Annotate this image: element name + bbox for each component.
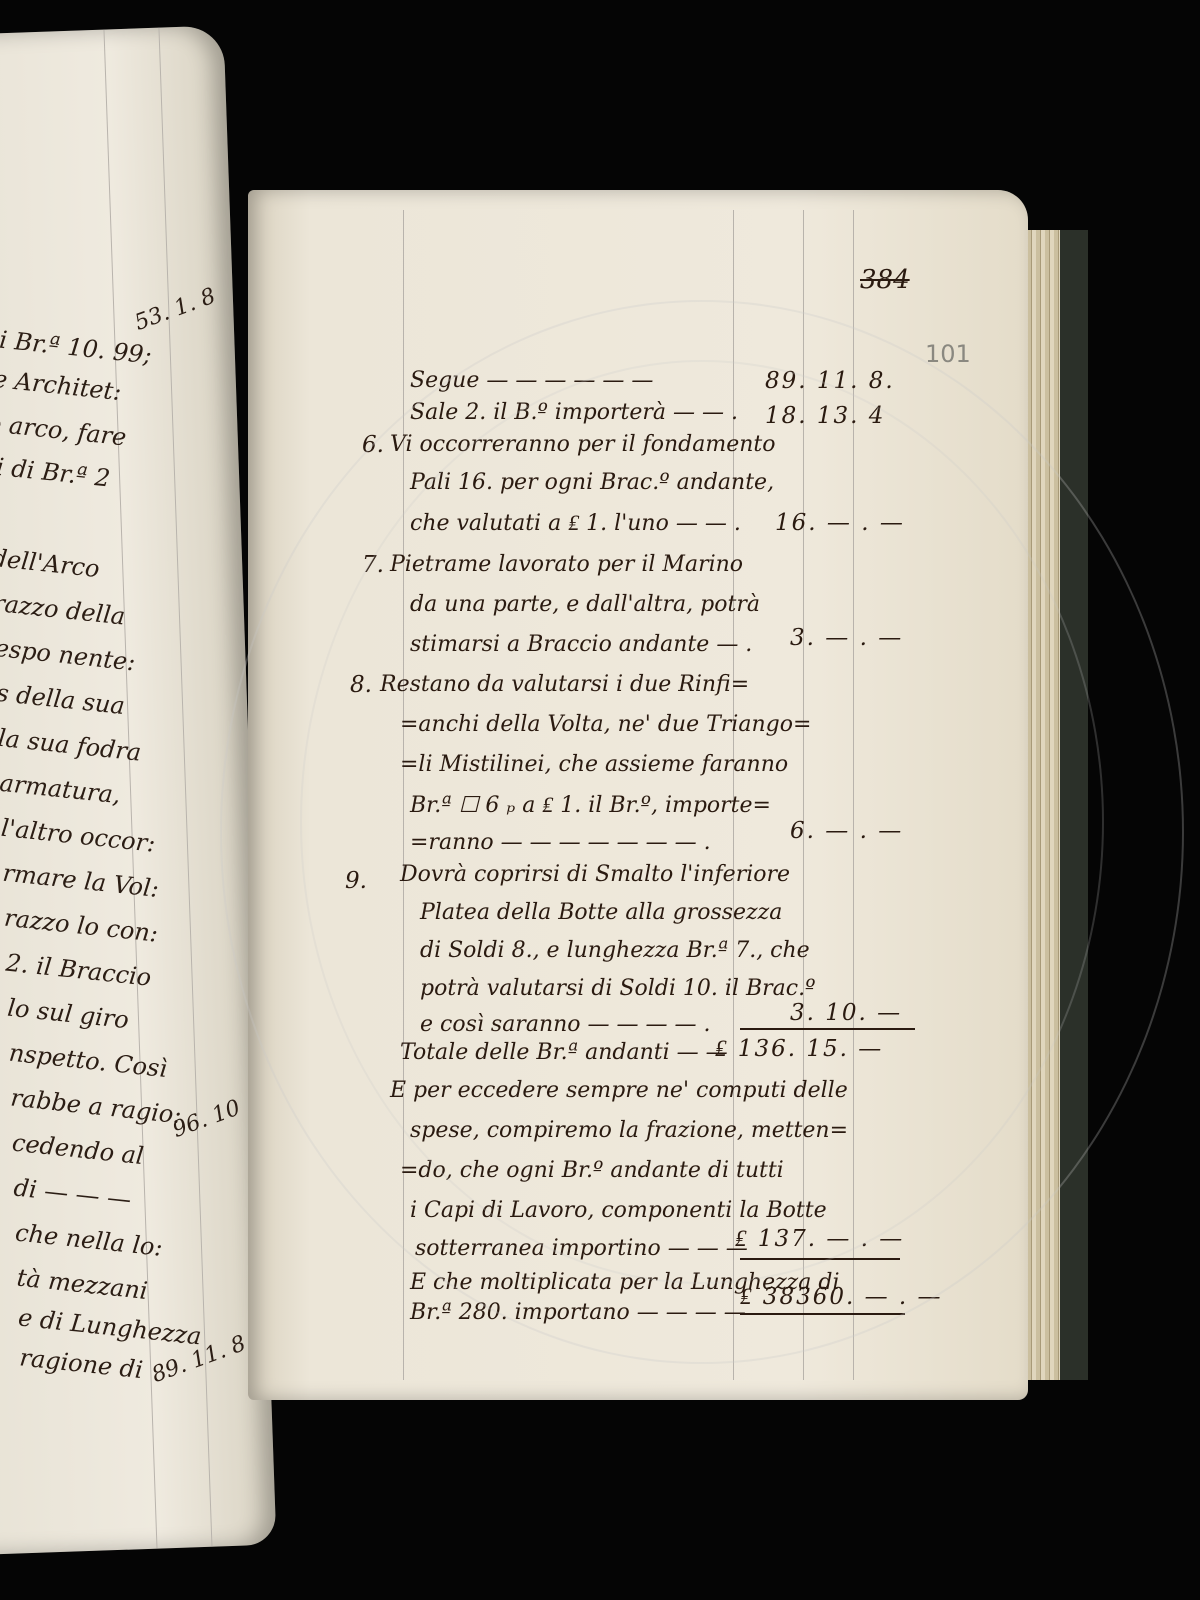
left-page: 53. 1. 8 di Br.ª 10. 99; le Architet: o … <box>0 25 276 1554</box>
left-text-line: razzo lo con: <box>3 904 159 948</box>
left-text-line: rmare la Vol: <box>1 859 160 903</box>
left-text-line: o arco, fare <box>0 409 128 451</box>
closing-text: spese, compiremo la frazione, metten= <box>410 1118 848 1143</box>
entry-text: Sale 2. il B.º importerà — — . <box>410 400 738 425</box>
final-text: Br.ª 280. importano — — — — <box>410 1300 746 1325</box>
entry-text: =anchi della Volta, ne' due Triango= <box>400 712 811 737</box>
folio-number-old: 384 <box>860 265 910 295</box>
ruling-line <box>403 210 404 1380</box>
entry-text: Pietrame lavorato per il Marino <box>390 552 743 577</box>
item-number: 7. <box>362 552 384 578</box>
entry-amount: 3. — . — <box>790 625 903 651</box>
entry-text: e così saranno — — — — . <box>420 1012 710 1037</box>
left-text-line: nspetto. Così <box>8 1039 169 1083</box>
entry-text: di Soldi 8., e lunghezza Br.ª 7., che <box>420 938 810 963</box>
entry-text: da una parte, e dall'altra, potrà <box>410 592 760 617</box>
sum-rule <box>740 1313 905 1315</box>
book-cover <box>1060 230 1088 1380</box>
total-label: Totale delle Br.ª andanti — — <box>400 1040 728 1065</box>
left-text-line: che nella lo: <box>14 1218 164 1261</box>
left-text-line: s della sua <box>0 679 126 720</box>
left-text-line: razzo della <box>0 589 127 631</box>
left-text-line: espo nente: <box>0 634 137 677</box>
closing-text: E per eccedere sempre ne' computi delle <box>390 1078 848 1103</box>
entry-amount: 6. — . — <box>790 818 903 844</box>
left-text-line: li di Br.ª 2 <box>0 452 111 493</box>
rounded-amount: ₤ 137. — . — <box>735 1226 904 1252</box>
entry-text: che valutati a ₤ 1. l'uno — — . <box>410 510 741 536</box>
left-text-line: dell'Arco <box>0 544 101 583</box>
entry-text: Dovrà coprirsi di Smalto l'inferiore <box>400 862 790 887</box>
item-number: 6. <box>362 432 384 458</box>
left-text-line: tà mezzani <box>15 1263 148 1305</box>
entry-text: Br.ª ☐ 6 ₚ a ₤ 1. il Br.º, importe= <box>410 792 771 818</box>
left-text-line: ragione di <box>18 1343 144 1384</box>
closing-text: =do, che ogni Br.º andante di tutti <box>400 1158 784 1183</box>
entry-amount: 89. 11. 8. <box>765 368 895 394</box>
left-text-line: 2. il Braccio <box>4 949 152 992</box>
item-number: 9. <box>345 868 367 894</box>
left-text-line: di — — — <box>12 1174 132 1214</box>
entry-text: Pali 16. per ogni Brac.º andante, <box>410 470 774 495</box>
folio-number-new: 101 <box>925 340 971 368</box>
entry-text: potrà valutarsi di Soldi 10. il Brac.º <box>420 976 815 1001</box>
entry-amount: 18. 13. 4 <box>765 403 885 429</box>
left-text-line: cedendo al <box>11 1129 145 1171</box>
entry-amount: 16. — . — <box>775 510 905 536</box>
entry-text: Vi occorreranno per il fondamento <box>390 432 776 457</box>
closing-text: i Capi di Lavoro, componenti la Botte <box>410 1198 827 1223</box>
final-amount: ₤ 38360. — . — <box>740 1284 943 1310</box>
left-text-line: lo sul giro <box>6 994 130 1035</box>
left-text-line: e di Lunghezza <box>17 1303 203 1350</box>
item-number: 8. <box>350 672 372 698</box>
entry-text: Restano da valutarsi i due Rinfi= <box>380 672 749 697</box>
closing-text: sotterranea importino — — — <box>415 1236 748 1261</box>
entry-amount: 3. 10. — <box>790 1000 902 1026</box>
sum-rule <box>740 1258 900 1260</box>
left-text-line: rabbe a ragio: <box>9 1084 183 1130</box>
total-amount: ₤ 136. 15. — <box>715 1036 883 1062</box>
entry-text: =ranno — — — — — — — . <box>410 830 711 855</box>
entry-text: Platea della Botte alla grossezza <box>420 900 782 925</box>
sum-rule <box>740 1028 915 1030</box>
left-text-line: l'altro occor: <box>0 814 157 858</box>
left-header-total: 53. 1. 8 <box>132 284 219 336</box>
left-text-line: le Architet: <box>0 364 123 406</box>
left-text-line: di Br.ª 10. 99; <box>0 324 153 369</box>
entry-text: Segue — — — — — — <box>410 368 653 393</box>
entry-text: stimarsi a Braccio andante — . <box>410 632 752 657</box>
entry-text: =li Mistilinei, che assieme faranno <box>400 752 788 777</box>
left-text-line: la sua fodra <box>0 724 143 767</box>
left-text-line: armatura, <box>0 769 122 810</box>
